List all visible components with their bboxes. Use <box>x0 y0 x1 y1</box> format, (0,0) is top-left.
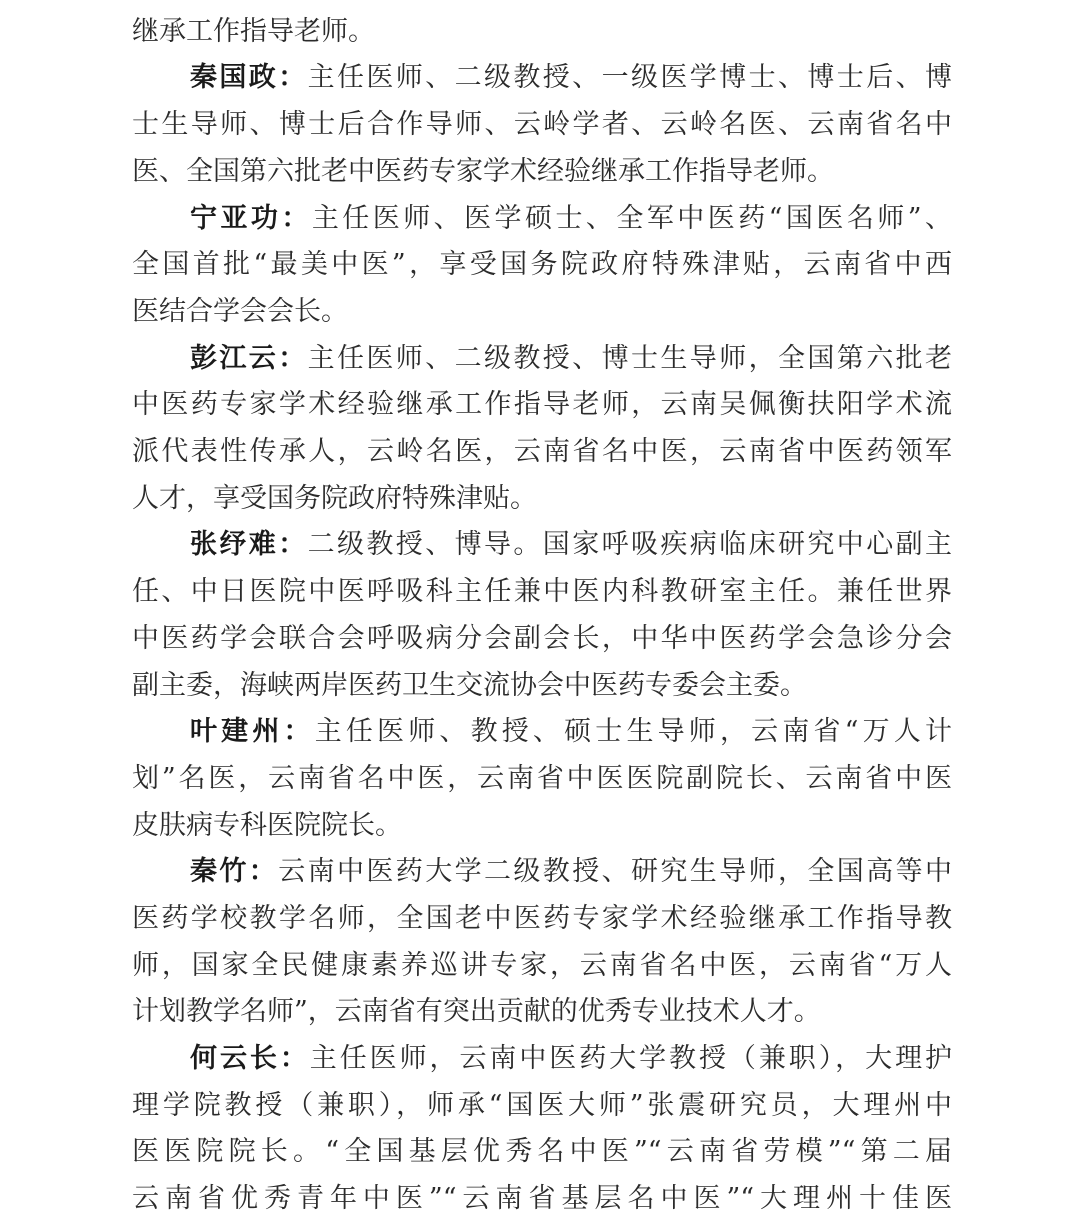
text-line: 皮肤病专科医院院长。 <box>132 806 952 846</box>
text-line: 派代表性传承人，云岭名医，云南省名中医，云南省中医药领军 <box>132 432 952 472</box>
person-name: 秦国政： <box>190 62 308 93</box>
bio-text: 主任医师、教授、硕士生导师，云南省“万人计 <box>315 716 952 747</box>
person-name: 张纾难： <box>190 529 308 560</box>
person-name: 叶建州： <box>190 716 315 747</box>
person-name: 秦竹： <box>190 856 278 887</box>
document-page: 继承工作指导老师。 秦国政：主任医师、二级教授、一级医学博士、博士后、博 士生导… <box>0 0 1080 1229</box>
bio-text: 主任医师、医学硕士、全军中医药“国医名师”、 <box>312 203 952 234</box>
text-line: 计划教学名师”，云南省有突出贡献的优秀专业技术人才。 <box>132 992 952 1032</box>
bio-text: 主任医师、二级教授、博士生导师，全国第六批老 <box>308 343 952 374</box>
person-name: 宁亚功： <box>190 203 312 234</box>
person-name: 何云长： <box>190 1043 310 1074</box>
text-line: 医医院院长。“全国基层优秀名中医”“云南省劳模”“第二届 <box>132 1132 952 1172</box>
bio-text: 主任医师、二级教授、一级医学博士、博士后、博 <box>308 62 952 93</box>
text-line: 中医药专家学术经验继承工作指导老师，云南吴佩衡扶阳学术流 <box>132 385 952 425</box>
text-line: 中医药学会联合会呼吸病分会副会长，中华中医药学会急诊分会 <box>132 619 952 659</box>
bio-zhang-shunan-line: 张纾难：二级教授、博导。国家呼吸疾病临床研究中心副主 <box>190 525 952 565</box>
bio-text: 云南中医药大学二级教授、研究生导师，全国高等中 <box>278 856 952 887</box>
text-line: 全国首批“最美中医”，享受国务院政府特殊津贴，云南省中西 <box>132 245 952 285</box>
text-line: 医、全国第六批老中医药专家学术经验继承工作指导老师。 <box>132 152 952 192</box>
text-line: 士生导师、博士后合作导师、云岭学者、云岭名医、云南省名中 <box>132 105 952 145</box>
text-line: 任、中日医院中医呼吸科主任兼中医内科教研室主任。兼任世界 <box>132 572 952 612</box>
text-line: 医结合学会会长。 <box>132 292 952 332</box>
bio-qin-zhu-line: 秦竹：云南中医药大学二级教授、研究生导师，全国高等中 <box>190 852 952 892</box>
person-name: 彭江云： <box>190 343 308 374</box>
text-line: 医药学校教学名师，全国老中医药专家学术经验继承工作指导教 <box>132 899 952 939</box>
text-line: 理学院教授（兼职），师承“国医大师”张震研究员，大理州中 <box>132 1086 952 1126</box>
bio-peng-jiangyun-line: 彭江云：主任医师、二级教授、博士生导师，全国第六批老 <box>190 339 952 379</box>
text-line: 副主委，海峡两岸医药卫生交流协会中医药专委会主委。 <box>132 666 952 706</box>
bio-qin-guozheng-line: 秦国政：主任医师、二级教授、一级医学博士、博士后、博 <box>190 58 952 98</box>
text-line: 师，国家全民健康素养巡讲专家，云南省名中医，云南省“万人 <box>132 946 952 986</box>
text-line: 划”名医，云南省名中医，云南省中医医院副院长、云南省中医 <box>132 759 952 799</box>
bio-ye-jianzhou-line: 叶建州：主任医师、教授、硕士生导师，云南省“万人计 <box>190 712 952 752</box>
bio-text: 主任医师，云南中医药大学教授（兼职），大理护 <box>310 1043 952 1074</box>
bio-he-yunchang-line: 何云长：主任医师，云南中医药大学教授（兼职），大理护 <box>190 1039 952 1079</box>
bio-ning-yagong-line: 宁亚功：主任医师、医学硕士、全军中医药“国医名师”、 <box>190 199 952 239</box>
text-line: 人才，享受国务院政府特殊津贴。 <box>132 479 952 519</box>
text-line: 继承工作指导老师。 <box>132 12 952 52</box>
text-line: 云南省优秀青年中医”“云南省基层名中医”“大理州十佳医 <box>132 1179 952 1219</box>
bio-text: 二级教授、博导。国家呼吸疾病临床研究中心副主 <box>308 529 952 560</box>
